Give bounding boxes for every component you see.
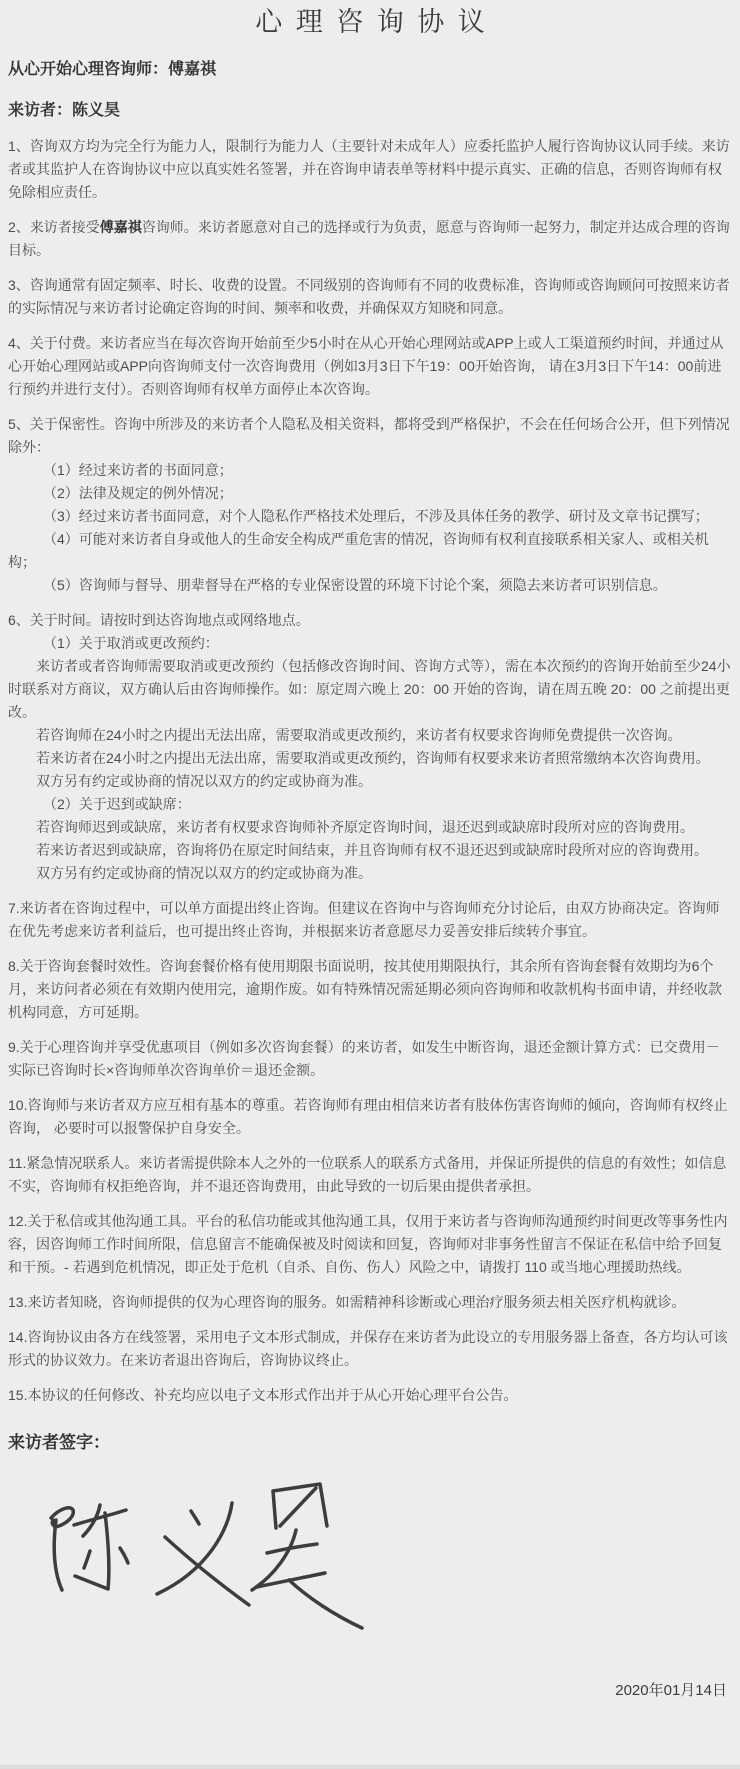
signature-area: [40, 1478, 370, 1640]
counselor-line: 从心开始心理咨询师：傅嘉祺: [8, 59, 732, 80]
clause-paragraph: 1、咨询双方均为完全行为能力人，限制行为能力人（主要针对未成年人）应委托监护人履…: [8, 135, 732, 204]
counselor-name: 傅嘉祺: [168, 61, 216, 78]
clause-paragraph: （1）关于取消或更改预约：: [8, 632, 732, 655]
clause-paragraph: 4、关于付费。来访者应当在每次咨询开始前至少5小时在从心开始心理网站或APP上或…: [8, 332, 732, 401]
clause-paragraph: （5）咨询师与督导、朋辈督导在严格的专业保密设置的环境下讨论个案，须隐去来访者可…: [8, 574, 732, 597]
clause-paragraph: （3）经过来访者书面同意，对个人隐私作严格技术处理后，不涉及具体任务的教学、研讨…: [8, 505, 732, 528]
clause-paragraph: 双方另有约定或协商的情况以双方的约定或协商为准。: [8, 770, 732, 793]
clause-paragraph: 8.关于咨询套餐时效性。咨询套餐价格有使用期限书面说明，按其使用期限执行，其余所…: [8, 955, 732, 1024]
visitor-line: 来访者：陈义昊: [8, 100, 732, 121]
agreement-document: 心理咨询协议 从心开始心理咨询师：傅嘉祺 来访者：陈义昊 1、咨询双方均为完全行…: [0, 0, 740, 1769]
clause-paragraph: 2、来访者接受傅嘉祺咨询师。来访者愿意对自己的选择或行为负责，愿意与咨询师一起努…: [8, 216, 732, 262]
bottom-edge: [0, 1765, 740, 1769]
clause-paragraph: 15.本协议的任何修改、补充均应以电子文本形式作出并于从心开始心理平台公告。: [8, 1384, 732, 1407]
clause-paragraph: 若咨询师在24小时之内提出无法出席，需要取消或更改预约，来访者有权要求咨询师免费…: [8, 724, 732, 747]
clause-list: 1、咨询双方均为完全行为能力人，限制行为能力人（主要针对未成年人）应委托监护人履…: [8, 135, 732, 1407]
clause-paragraph: 6、关于时间。请按时到达咨询地点或网络地点。: [8, 609, 732, 632]
signature-image: [40, 1478, 370, 1638]
clause-paragraph: 10.咨询师与来访者双方应互相有基本的尊重。若咨询师有理由相信来访者有肢体伤害咨…: [8, 1094, 732, 1140]
signature-label: 来访者签字：: [8, 1428, 110, 1453]
clause-paragraph: （4）可能对来访者自身或他人的生命安全构成严重危害的情况，咨询师有权利直接联系相…: [8, 528, 732, 574]
clause-paragraph: （1）经过来访者的书面同意；: [8, 459, 732, 482]
clause-paragraph: 3、咨询通常有固定频率、时长、收费的设置。不同级别的咨询师有不同的收费标准，咨询…: [8, 274, 732, 320]
clause-paragraph: 若来访者在24小时之内提出无法出席，需要取消或更改预约，咨询师有权要求来访者照常…: [8, 747, 732, 770]
clause-paragraph: 11.紧急情况联系人。来访者需提供除本人之外的一位联系人的联系方式备用，并保证所…: [8, 1152, 732, 1198]
clause-paragraph: 双方另有约定或协商的情况以双方的约定或协商为准。: [8, 862, 732, 885]
clause-paragraph: （2）法律及规定的例外情况；: [8, 482, 732, 505]
clause-paragraph: 7.来访者在咨询过程中，可以单方面提出终止咨询。但建议在咨询中与咨询师充分讨论后…: [8, 897, 732, 943]
clause-paragraph: 12.关于私信或其他沟通工具。平台的私信功能或其他沟通工具，仅用于来访者与咨询师…: [8, 1210, 732, 1279]
clause-paragraph: 14.咨询协议由各方在线签署，采用电子文本形式制成，并保存在来访者为此设立的专用…: [8, 1326, 732, 1372]
clause-paragraph: 若咨询师迟到或缺席，来访者有权要求咨询师补齐原定咨询时间，退还迟到或缺席时段所对…: [8, 816, 732, 839]
clause-paragraph: 若来访者迟到或缺席，咨询将仍在原定时间结束，并且咨询师有权不退还迟到或缺席时段所…: [8, 839, 732, 862]
clause-paragraph: 13.来访者知晓，咨询师提供的仅为心理咨询的服务。如需精神科诊断或心理治疗服务须…: [8, 1291, 732, 1314]
clause-paragraph: （2）关于迟到或缺席：: [8, 793, 732, 816]
counselor-label: 从心开始心理咨询师：: [8, 61, 168, 78]
date-text: 2020年01月14日: [615, 1679, 727, 1700]
visitor-name: 陈义昊: [72, 102, 120, 119]
clause-paragraph: 来访者或者咨询师需要取消或更改预约（包括修改咨询时间、咨询方式等），需在本次预约…: [8, 655, 732, 724]
clause-paragraph: 9.关于心理咨询并享受优惠项目（例如多次咨询套餐）的来访者，如发生中断咨询，退还…: [8, 1036, 732, 1082]
clause-paragraph: 5、关于保密性。咨询中所涉及的来访者个人隐私及相关资料，都将受到严格保护，不会在…: [8, 413, 732, 459]
page-title: 心理咨询协议: [8, 0, 732, 39]
visitor-label: 来访者：: [8, 102, 72, 119]
